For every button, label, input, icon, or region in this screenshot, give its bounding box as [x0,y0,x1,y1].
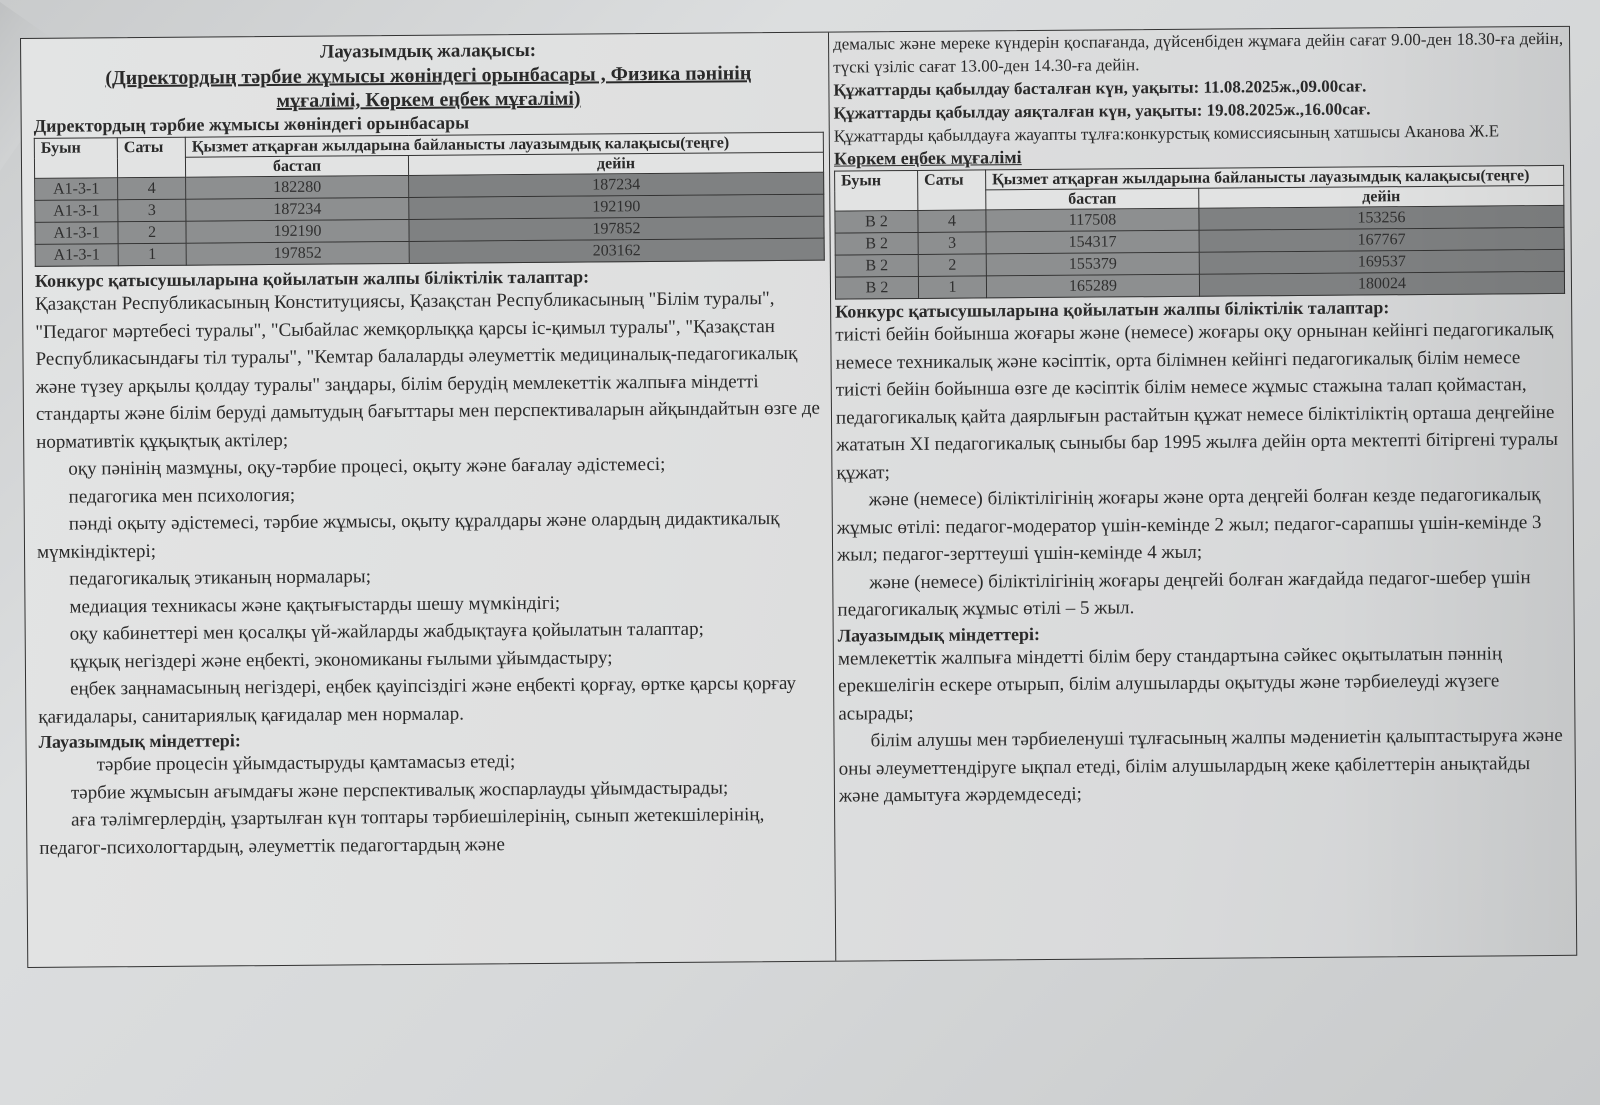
list-item: пәнді оқыту әдістемесі, тәрбие жұмысы, о… [37,505,827,566]
table-body: В 24117508153256В 23154317167767В 221553… [835,205,1565,299]
cell-to: 197852 [409,216,824,241]
list-item: еңбек заңнамасының негіздері, еңбек қауі… [38,670,828,731]
header-buyn: Буын [835,170,918,211]
schedule-text: демалыс және мереке күндерін қоспағанда,… [833,27,1563,79]
cell-from: 117508 [986,208,1199,232]
cell-to: 167767 [1199,227,1564,252]
header-saty: Саты [918,170,986,211]
art-teacher-salary-table: Буын Саты Қызмет атқарған жылдарына байл… [834,165,1565,300]
cell-to: 192190 [409,194,824,219]
cell-buyn: А1-3-1 [35,200,118,223]
table-row: В 21165289180024 [835,271,1564,299]
right-requirements-list: тиісті бейін бойынша жоғары және (немесе… [835,316,1567,624]
cell-from: 154317 [986,230,1199,254]
cell-to: 153256 [1199,205,1564,230]
document-sheet: Лауазымдық жалақысы: (Директордың тәрбие… [20,26,1577,968]
application-info: демалыс және мереке күндерін қоспағанда,… [833,27,1564,148]
header-saty: Саты [117,137,185,178]
left-column: Лауазымдық жалақысы: (Директордың тәрбие… [33,33,830,967]
left-requirements-list: Қазақстан Республикасының Конституциясы,… [35,285,828,731]
cell-from: 165289 [986,274,1199,298]
cell-from: 155379 [986,252,1199,276]
cell-buyn: В 2 [835,210,918,233]
table-body: А1-3-14182280187234А1-3-13187234192190А1… [35,172,825,266]
cell-saty: 3 [118,199,186,222]
right-column: демалыс және мереке күндерін қоспағанда,… [833,27,1570,961]
cell-saty: 2 [118,221,186,244]
cell-buyn: А1-3-1 [35,178,118,201]
cell-to: 203162 [409,238,824,263]
cell-saty: 1 [918,276,986,299]
list-item: және (немесе) біліктілігінің жоғары және… [837,481,1568,569]
header-buyn: Буын [34,138,117,179]
cell-to: 187234 [409,172,824,197]
cell-saty: 1 [118,243,186,266]
cell-from: 182280 [186,175,409,199]
cell-saty: 2 [918,254,986,277]
left-duties-list: тәрбие процесін ұйымдастыруды қамтамасыз… [39,746,830,862]
cell-from: 192190 [186,219,409,243]
cell-from: 197852 [186,241,409,265]
cell-buyn: В 2 [835,276,918,299]
list-item: аға тәлімгерлердің, ұзартылған күн топта… [39,801,829,862]
cell-buyn: В 2 [835,232,918,255]
list-item: тиісті бейін бойынша жоғары және (немесе… [835,316,1566,487]
right-duties-list: мемлекеттік жалпыға міндетті білім беру … [838,639,1569,810]
cell-to: 169537 [1199,249,1564,274]
list-item: және (немесе) біліктілігінің жоғары деңг… [837,563,1567,624]
cell-buyn: А1-3-1 [35,222,118,245]
header-from: бастап [986,188,1199,210]
list-item: мемлекеттік жалпыға міндетті білім беру … [838,639,1569,727]
list-item: білім алушы мен тәрбиеленуші тұлғасының … [838,722,1569,810]
cell-saty: 4 [918,210,986,233]
cell-saty: 3 [918,232,986,255]
cell-saty: 4 [118,177,186,200]
list-item: Қазақстан Республикасының Конституциясы,… [35,285,826,456]
header-from: бастап [185,155,408,177]
cell-to: 180024 [1199,271,1564,296]
cell-buyn: В 2 [835,254,918,277]
cell-from: 187234 [186,197,409,221]
cell-buyn: А1-3-1 [35,244,118,267]
deputy-director-salary-table: Буын Саты Қызмет атқарған жылдарына байл… [34,132,825,267]
